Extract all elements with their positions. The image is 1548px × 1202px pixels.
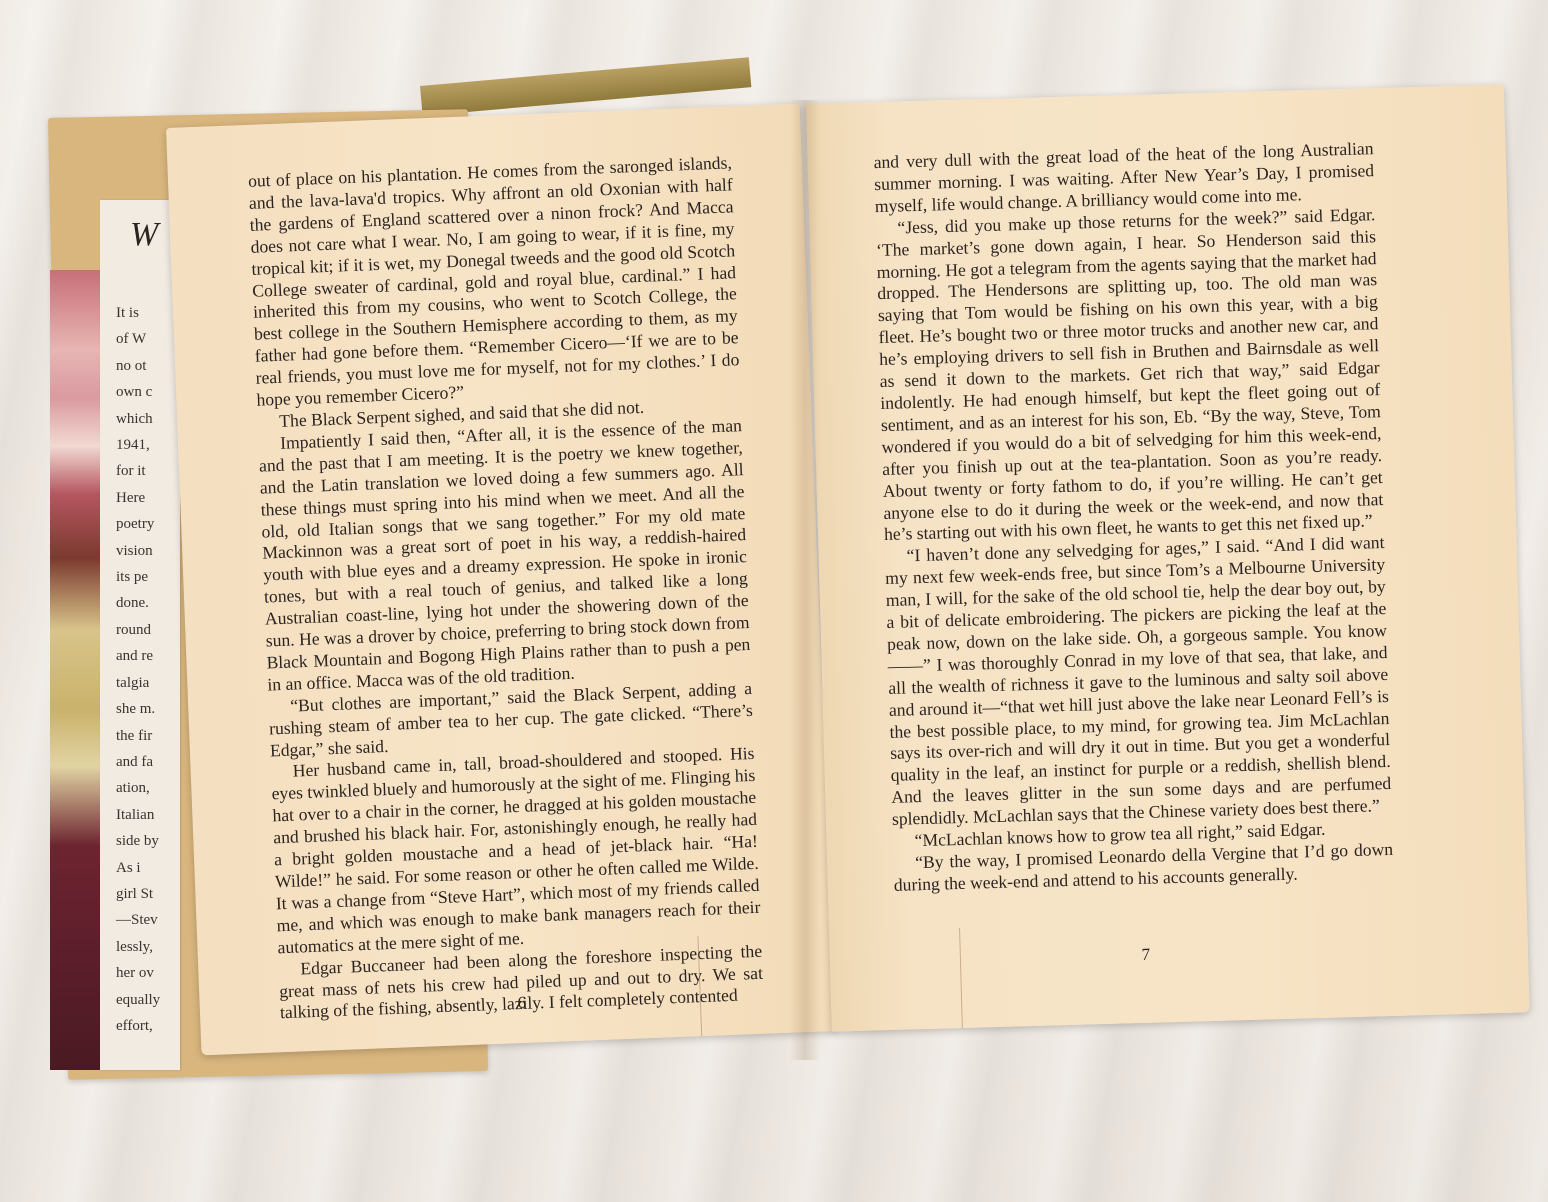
flap-line: equally: [116, 987, 180, 1013]
flap-line: vision: [116, 538, 180, 564]
flap-line: its pe: [116, 564, 180, 590]
paragraph: Impatiently I said then, “After all, it …: [258, 415, 752, 696]
flap-line: and re: [116, 643, 180, 669]
flap-line: of W: [116, 326, 180, 352]
paragraph: “Jess, did you make up those returns for…: [875, 204, 1384, 546]
flap-line: her ov: [116, 960, 180, 986]
dust-jacket-flap: W It is of W no ot own c which 1941, for…: [100, 200, 180, 1070]
flap-line: the fir: [116, 723, 180, 749]
flap-line: It is: [116, 300, 180, 326]
flap-line: As i: [116, 855, 180, 881]
flap-line: own c: [116, 379, 180, 405]
flap-line: and fa: [116, 749, 180, 775]
flap-line: Italian: [116, 802, 180, 828]
flap-title-fragment: W: [130, 216, 158, 254]
paragraph: out of place on his plantation. He comes…: [248, 152, 741, 411]
left-page: out of place on his plantation. He comes…: [166, 104, 835, 1056]
flap-line: effort,: [116, 1013, 180, 1039]
flap-line: she m.: [116, 696, 180, 722]
flap-line: which: [116, 406, 180, 432]
flap-line: —Stev: [116, 907, 180, 933]
flap-line: girl St: [116, 881, 180, 907]
flap-line: done.: [116, 590, 180, 616]
paragraph: “I haven’t done any selvedging for ages,…: [884, 532, 1392, 831]
flap-text: It is of W no ot own c which 1941, for i…: [116, 300, 180, 1039]
paragraph: Her husband came in, tall, broad-shoulde…: [270, 743, 761, 959]
flap-line: round: [116, 617, 180, 643]
right-page: and very dull with the great load of the…: [806, 85, 1530, 1032]
flap-line: poetry: [116, 511, 180, 537]
flap-line: side by: [116, 828, 180, 854]
paper-tear: [959, 928, 963, 1028]
flap-line: talgia: [116, 670, 180, 696]
flap-line: 1941,: [116, 432, 180, 458]
book-gutter: [790, 100, 820, 1060]
flap-line: no ot: [116, 353, 180, 379]
page-number: 7: [1126, 944, 1167, 965]
flap-line: Here: [116, 485, 180, 511]
left-page-text: out of place on his plantation. He comes…: [248, 152, 764, 1024]
flap-line: lessly,: [116, 934, 180, 960]
flap-line: ation,: [116, 775, 180, 801]
right-page-text: and very dull with the great load of the…: [873, 138, 1394, 896]
page-number: 6: [501, 992, 542, 1014]
flap-line: for it: [116, 458, 180, 484]
